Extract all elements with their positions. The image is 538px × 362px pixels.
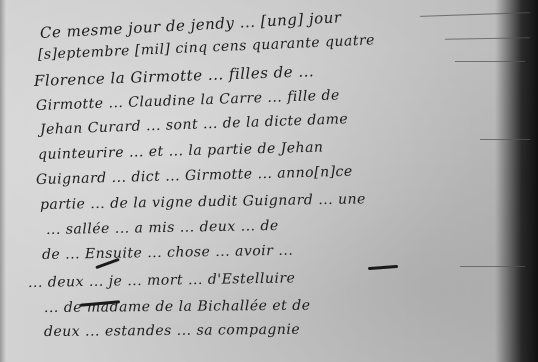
manuscript-line-3: Florence la Girmotte ... filles de ... [34,62,315,90]
ink-flourish [368,265,398,270]
manuscript-line-12: ... de madame de la Bichallée et de [44,298,311,316]
manuscript-line-13: deux ... estandes ... sa compagnie [44,322,300,340]
manuscript-page: Ce mesme jour de jendy ... [ung] jour [s… [0,0,538,362]
manuscript-line-6: quinteurire ... et ... la partie de Jeha… [38,140,324,163]
ruled-line [445,37,530,39]
manuscript-line-7: Guignard ... dict ... Girmotte ... anno[… [36,164,353,188]
page-edge-shadow [0,0,6,362]
manuscript-line-8: partie ... de la vigne dudit Guignard ..… [40,191,366,213]
ruled-line [480,139,530,140]
manuscript-line-5: Jehan Curard ... sont ... de la dicte da… [40,111,349,138]
ruled-line [420,12,530,17]
ruled-line [460,266,525,267]
manuscript-line-10: de ... Ensuite ... chose ... avoir ... [42,243,293,263]
manuscript-line-11: ... deux ... je ... mort ... d'Estelluir… [28,270,296,291]
manuscript-line-9: ... sallée ... a mis ... deux ... de [46,218,279,238]
ruled-line [455,61,525,62]
manuscript-line-4: Girmotte ... Claudine la Carre ... fille… [36,87,340,114]
